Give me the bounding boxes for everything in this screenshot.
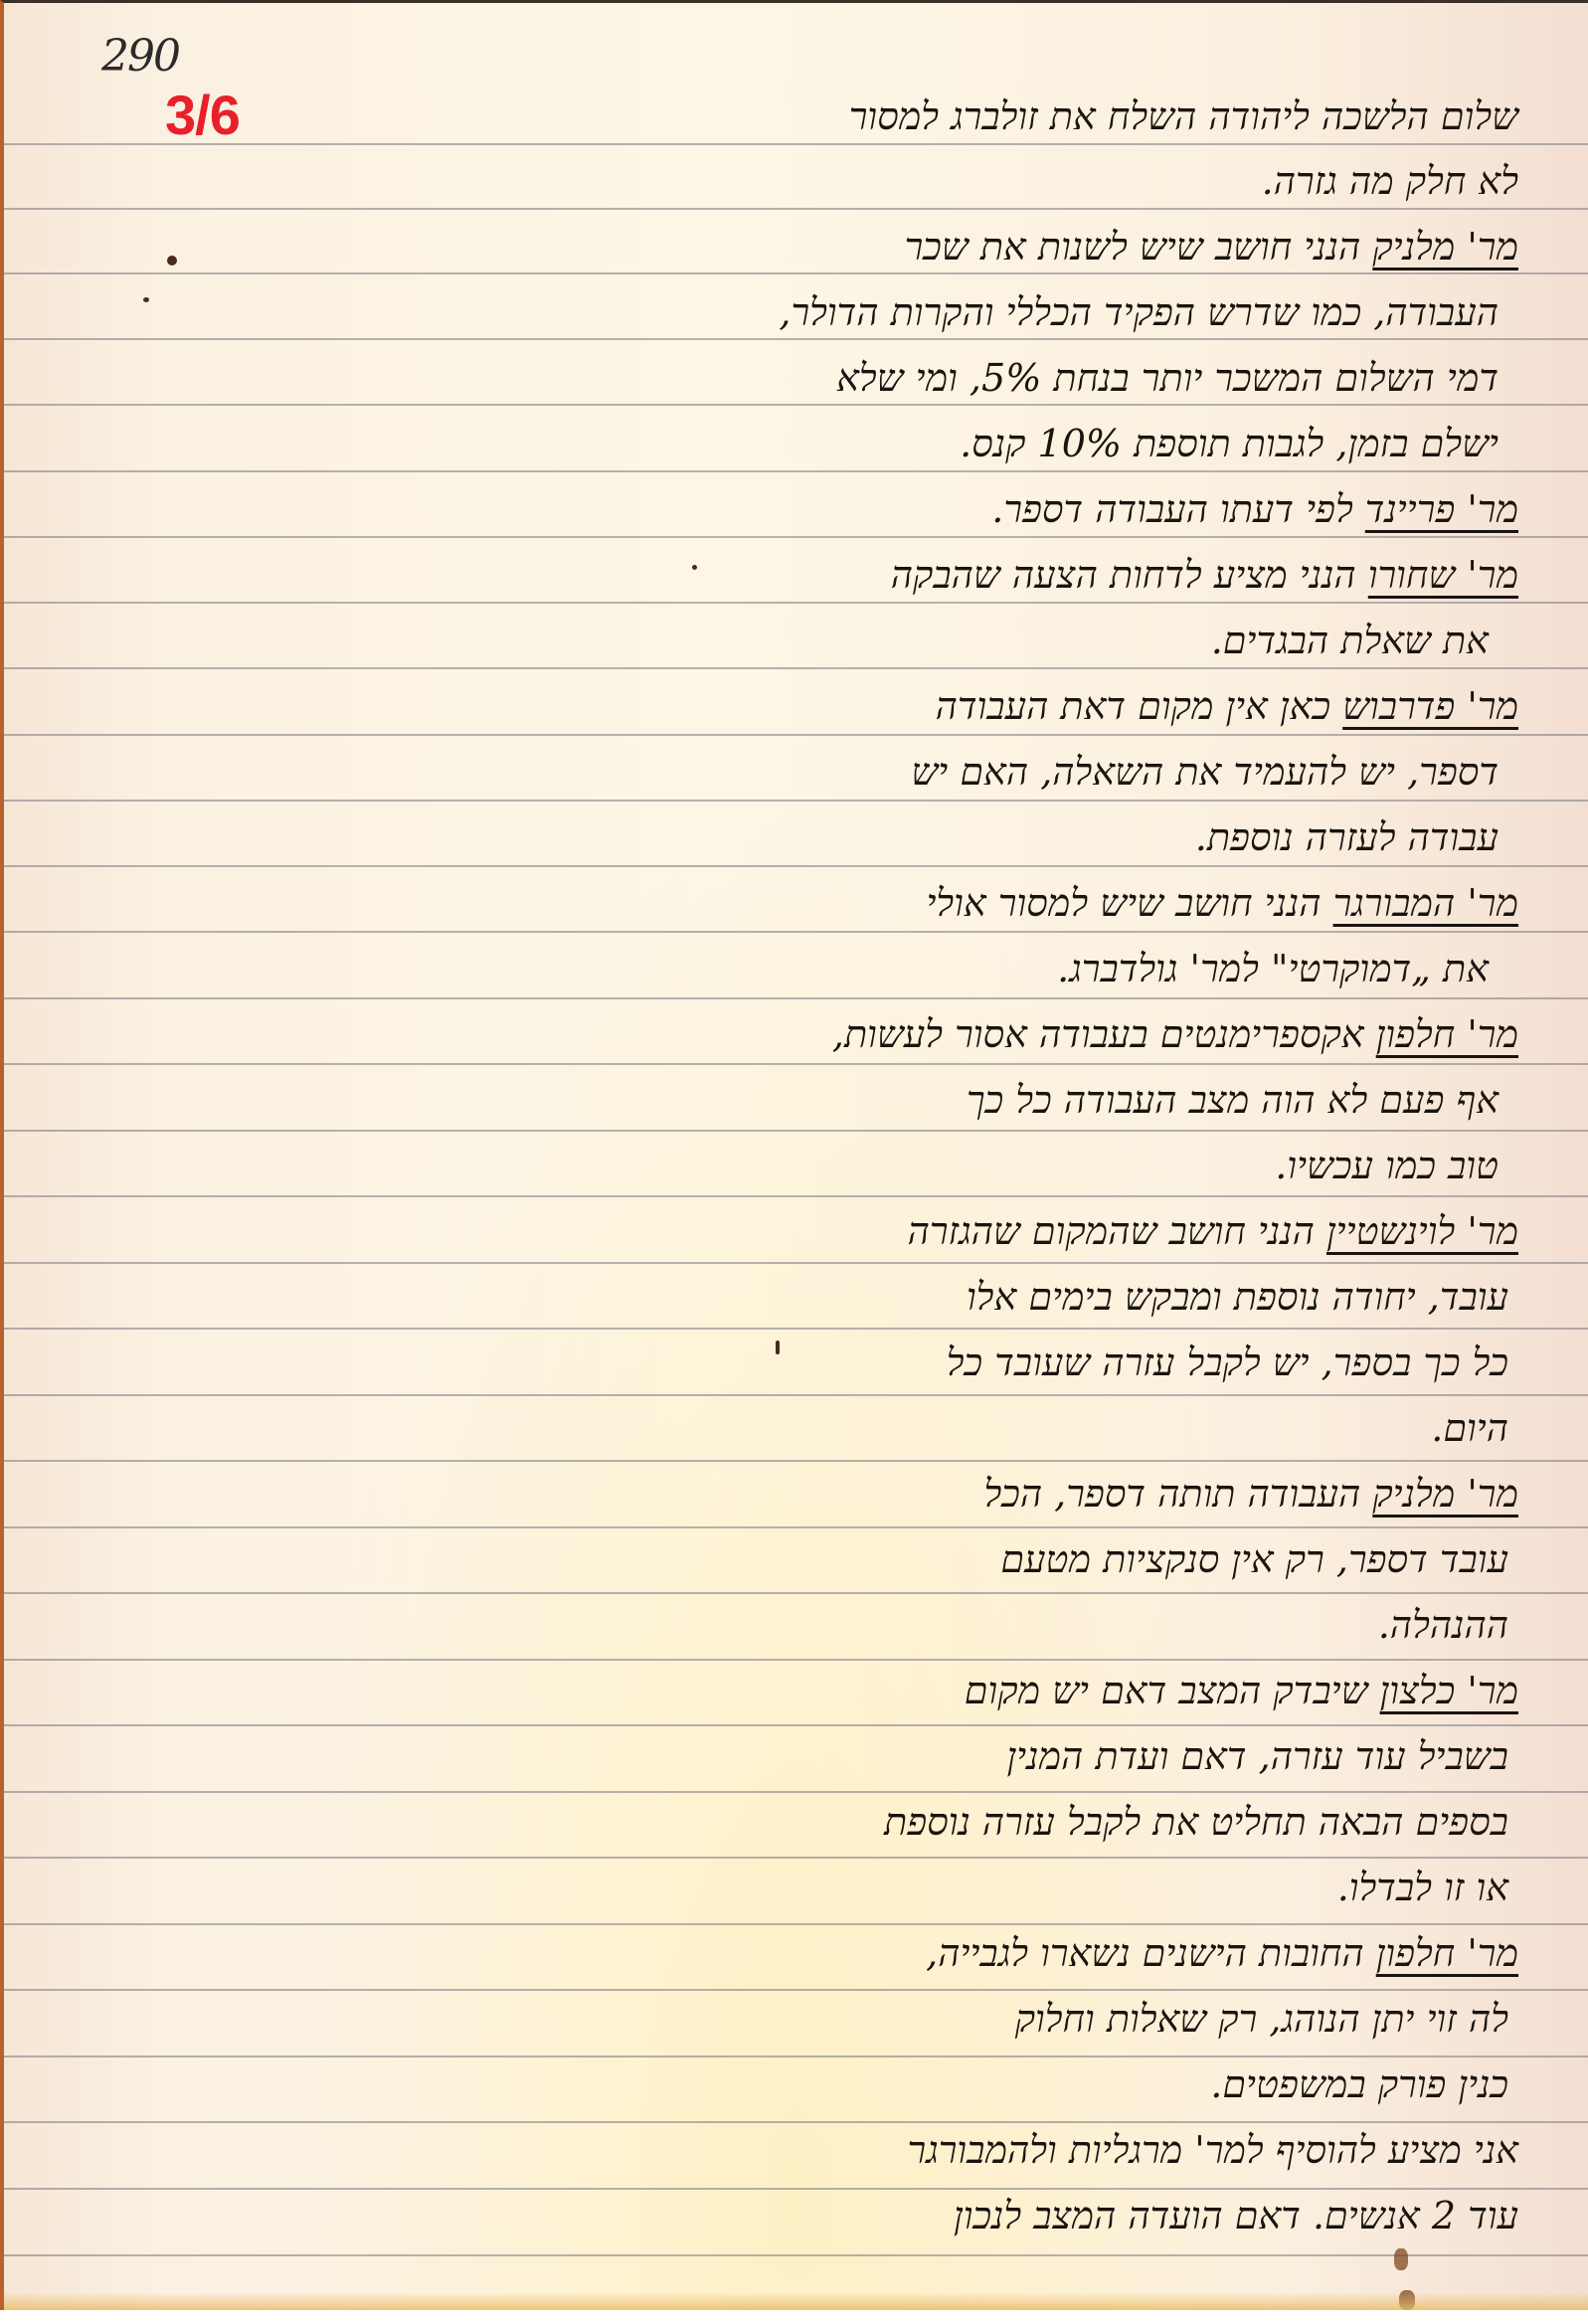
- speaker-name: מר' כלצון: [1380, 1669, 1518, 1712]
- text-line: עבודה לעזרה נוספת.: [1195, 818, 1499, 856]
- ruled-line: [4, 272, 1588, 274]
- ink-spot: [692, 565, 697, 570]
- ink-spot: [167, 256, 177, 266]
- speaker-name: מר' המבורגר: [1333, 881, 1518, 925]
- ruled-line: [4, 2188, 1588, 2190]
- ruled-line: [4, 1724, 1588, 1726]
- ruled-line: [4, 1063, 1588, 1065]
- ruled-line: [4, 536, 1588, 538]
- ruled-line: [4, 667, 1588, 669]
- ruled-line: [4, 1328, 1588, 1330]
- ruled-line: [4, 2056, 1588, 2057]
- ruled-line: [4, 1130, 1588, 1132]
- speaker-name: מר' חלפון: [1376, 1931, 1518, 1975]
- text-line: שלום הלשכה ליהודה השלח את זולברג למסור: [849, 97, 1518, 135]
- speaker-name: מר' שחורו: [1368, 553, 1518, 597]
- ruled-line: [4, 1659, 1588, 1661]
- ruled-line: [4, 1791, 1588, 1793]
- text-line: מר' לוינשטיין הנני חושב שהמקום שהגזרה: [908, 1212, 1518, 1250]
- ruled-line: [4, 208, 1588, 210]
- ruled-line: [4, 470, 1588, 472]
- text-line: כנין פורק במשפטים.: [1210, 2065, 1508, 2103]
- speaker-name: מר' פריינד: [1365, 487, 1518, 531]
- text-line: לה זוי יתן הנוהג, רק שאלות וחלוק: [1015, 2000, 1508, 2038]
- ruled-line: [4, 1195, 1588, 1197]
- part-label: 3/6: [165, 83, 240, 147]
- ruled-line: [4, 1460, 1588, 1462]
- ruled-line: [4, 1262, 1588, 1264]
- text-line: כל כך בספר, יש לקבל עזרה שעובד כל: [947, 1343, 1508, 1381]
- ruled-line: [4, 338, 1588, 340]
- ruled-line: [4, 1857, 1588, 1859]
- ruled-line: [4, 1989, 1588, 1991]
- text-line: את שאלת הבגדים.: [1211, 622, 1489, 659]
- text-line: ההנהלה.: [1378, 1606, 1508, 1644]
- text-line: עובד דספר, רק אין סנקציות מטעם: [1000, 1540, 1508, 1578]
- archive-page-number: 290: [101, 31, 179, 82]
- text-line: אף פעם לא הוה מצב העבודה כל כך: [967, 1081, 1499, 1119]
- text-line: מר' פדרבוש כאן אין מקום דאת העבודה: [936, 687, 1518, 725]
- ruled-line: [4, 143, 1588, 145]
- stain: [1399, 2290, 1415, 2310]
- speaker-name: מר' לוינשטיין: [1326, 1209, 1518, 1253]
- text-line: את „דמוקרטי" למר' גולדברג.: [1057, 950, 1489, 987]
- text-line: עוד 2 אנשים. דאם הועדה המצב לנכון: [954, 2197, 1518, 2235]
- ruled-line: [4, 1592, 1588, 1594]
- ruled-line: [4, 1394, 1588, 1396]
- text-line: מר' מלניק העבודה תותה דספר, הכל: [983, 1475, 1518, 1513]
- text-line: מר' פריינד לפי דעתו העבודה דספר.: [991, 490, 1518, 528]
- stain: [1394, 2248, 1408, 2270]
- ruled-line: [4, 404, 1588, 406]
- text-line: בשביל עוד עזרה, דאם ועדת המנין: [1006, 1737, 1508, 1775]
- text-line: בספים הבאה תחליט את לקבל עזרה נוספת: [884, 1803, 1508, 1841]
- text-line: העבודה, כמו שדרש הפקיד הכללי והקרות הדול…: [779, 293, 1499, 331]
- text-line: או זו לבדלו.: [1337, 1869, 1508, 1906]
- ruled-line: [4, 997, 1588, 999]
- text-line: ישלם בזמן, לגבות תוספת 10% קנס.: [960, 425, 1499, 462]
- text-line: לא חלק מה גזרה.: [1262, 162, 1518, 200]
- document-page: 290 3/6 שלום הלשכה ליהודה השלח את זולברג…: [0, 0, 1588, 2310]
- ink-mark: [776, 1341, 780, 1354]
- text-line: מר' מלניק הנני חושב שיש לשנות את שכר: [905, 228, 1518, 266]
- ruled-line: [4, 602, 1588, 604]
- speaker-name: מר' מלניק: [1372, 225, 1518, 268]
- text-line: עובד, יחודה נוספת ומבקש בימים אלו: [967, 1278, 1508, 1316]
- text-line: דספר, יש להעמיד את השאלה, האם יש: [911, 753, 1499, 791]
- ruled-line: [4, 1923, 1588, 1925]
- ruled-line: [4, 1526, 1588, 1528]
- ruled-line: [4, 2121, 1588, 2123]
- text-line: מר' שחורו הנני מציע לדחות הצעה שהבקה: [891, 556, 1518, 594]
- ruled-line: [4, 800, 1588, 802]
- ruled-line: [4, 865, 1588, 867]
- ruled-line: [4, 2254, 1588, 2256]
- text-line: היום.: [1431, 1409, 1508, 1447]
- text-line: טוב כמו עכשיו.: [1275, 1147, 1499, 1184]
- text-line: מר' המבורגר הנני חושב שיש למסור אולי: [926, 884, 1518, 922]
- text-line: דמי השלום המשכר יותר בנחת 5%, ומי שלא: [836, 359, 1499, 397]
- text-line: מר' חלפון החובות הישנים נשארו לגבייה,: [926, 1934, 1518, 1972]
- ink-spot: [143, 297, 149, 302]
- speaker-name: מר' חלפון: [1376, 1012, 1518, 1056]
- text-line: מר' חלפון אקספרימנטים בעבודה אסור לעשות,: [832, 1015, 1518, 1053]
- text-line: אני מציע להוסיף למר' מרגליות ולהמבורגר: [908, 2131, 1518, 2169]
- ruled-line: [4, 734, 1588, 736]
- speaker-name: מר' מלניק: [1372, 1472, 1518, 1516]
- text-line: מר' כלצון שיבדק המצב דאם יש מקום: [965, 1672, 1518, 1709]
- speaker-name: מר' פדרבוש: [1342, 684, 1518, 728]
- ruled-line: [4, 931, 1588, 933]
